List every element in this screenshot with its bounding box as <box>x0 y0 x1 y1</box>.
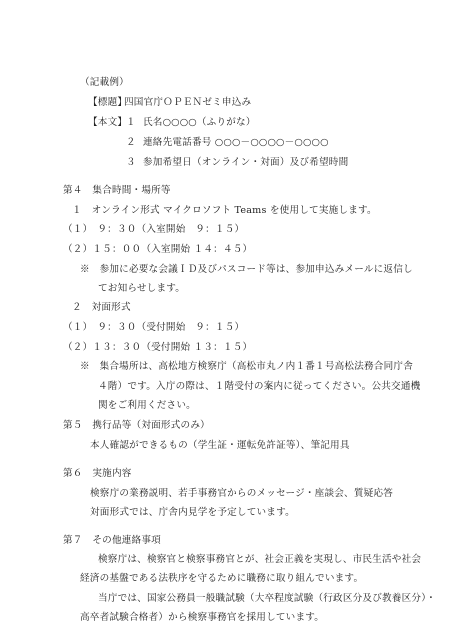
online-slot: （２）１５：００（入室開始 １４：４５） <box>63 244 252 256</box>
in-person-note: ※ 集合場所は、高松地方検察庁（高松市丸ノ内１番１号高松法務合同庁舎 <box>80 361 413 373</box>
section7-heading: 第７ その他連絡事項 <box>63 535 161 547</box>
in-person-slot: （２）１３：３０（受付開始 １３：１５） <box>63 342 252 354</box>
online-title: １ オンライン形式 マイクロソフト Teams を使用して実施します。 <box>72 205 377 217</box>
body-item-number: ２ <box>126 137 136 149</box>
body-item-text: 氏名○○○○（ふりがな） <box>143 117 256 129</box>
body-label: 【本文】 <box>88 117 127 129</box>
online-note: ※ 参加に必要な会議ＩＤ及びパスコード等は、参加申込みメールに返信し <box>80 264 413 276</box>
online-slot: （１） ９：３０（入室開始 ９：１５） <box>63 224 244 236</box>
section7-text: 当庁では、国家公務員一般職試験（大卒程度試験（行政区分及び教養区分）・ <box>98 593 436 605</box>
section7-text: 高卒者試験合格者）から検察事務官を採用しています。 <box>80 612 324 624</box>
section7-text: 経済の基盤である法秩序を守るために職務に取り組んでいます。 <box>80 573 363 585</box>
in-person-slot: （１） ９：３０（受付開始 ９：１５） <box>63 322 244 334</box>
body-item-number: ３ <box>126 157 136 169</box>
online-note: てお知らせします。 <box>98 283 185 295</box>
body-item-number: １ <box>126 117 136 129</box>
in-person-note: ４階）です。入庁の際は、１階受付の案内に従ってください。公共交通機 <box>98 381 420 393</box>
section6-text: 検察庁の業務説明、若手事務官からのメッセージ・座談会、質疑応答 <box>90 488 393 500</box>
section7-text: 検察庁は、検察官と検察事務官とが、社会正義を実現し、市民生活や社会 <box>98 554 421 566</box>
section5-text: 本人確認ができるもの（学生証・運転免許証等）、筆記用具 <box>90 440 350 452</box>
body-item-text: 連絡先電話番号 ○○○－○○○○－○○○○ <box>143 137 329 149</box>
section6-heading: 第６ 実施内容 <box>63 468 132 480</box>
section5-heading: 第５ 携行品等（対面形式のみ） <box>63 420 210 432</box>
example-label: （記載例） <box>80 77 129 89</box>
subject-value: 四国官庁ＯＰＥＮゼミ申込み <box>124 97 251 109</box>
section4-heading: 第４ 集合時間・場所等 <box>63 185 171 197</box>
subject-label: 【標題】 <box>88 97 127 109</box>
in-person-note: 関をご利用ください。 <box>98 400 196 412</box>
in-person-title: ２ 対面形式 <box>72 302 131 314</box>
section6-text: 対面形式では、庁舎内見学を予定しています。 <box>90 507 295 519</box>
body-item-text: 参加希望日（オンライン・対面）及び希望時間 <box>143 157 348 169</box>
